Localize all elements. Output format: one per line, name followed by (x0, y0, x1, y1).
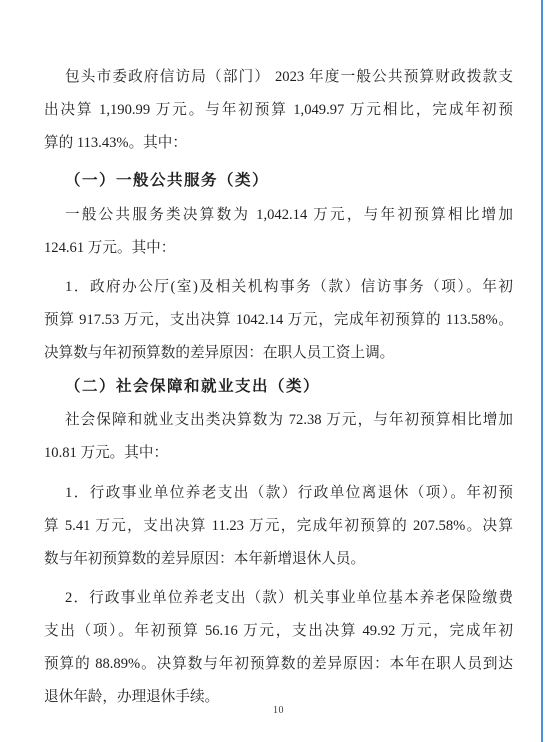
text-line: 数与年初预算数的差异原因：本年新增退休人员。 (44, 543, 513, 576)
document-page: 包头市委政府信访局（部门） 2023 年度一般公共预算财政拨款支 出决算 1,1… (0, 0, 551, 742)
page-edge-line (541, 0, 543, 742)
page-number: 10 (44, 705, 513, 716)
text-line: 124.61 万元。其中： (44, 232, 513, 265)
text-line: 出决算 1,190.99 万元。与年初预算 1,049.97 万元相比，完成年初… (44, 94, 513, 127)
paragraph-petition-affairs-item: 1．政府办公厅(室)及相关机构事务（款）信访事务（项）。年初 预算 917.53… (44, 271, 513, 370)
text-line: 包头市委政府信访局（部门） 2023 年度一般公共预算财政拨款支 (44, 61, 513, 94)
text-line: 算的 113.43%。其中： (44, 127, 513, 160)
text-line: 决算数与年初预算数的差异原因：在职人员工资上调。 (44, 337, 513, 370)
paragraph-social-security-total: 社会保障和就业支出类决算数为 72.38 万元，与年初预算相比增加 10.81 … (44, 404, 513, 470)
paragraph-budget-summary: 包头市委政府信访局（部门） 2023 年度一般公共预算财政拨款支 出决算 1,1… (44, 61, 513, 160)
text-line: 预算的 88.89%。决算数与年初预算数的差异原因：本年在职人员到达 (44, 648, 513, 681)
text-line: 社会保障和就业支出类决算数为 72.38 万元，与年初预算相比增加 (44, 404, 513, 437)
text-line: 预算 917.53 万元，支出决算 1042.14 万元，完成年初预算的 113… (44, 304, 513, 337)
text-line: 一般公共服务类决算数为 1,042.14 万元，与年初预算相比增加 (44, 199, 513, 232)
text-line: 支出（项）。年初预算 56.16 万元，支出决算 49.92 万元，完成年初 (44, 615, 513, 648)
document-body: 包头市委政府信访局（部门） 2023 年度一般公共预算财政拨款支 出决算 1,1… (44, 61, 513, 714)
text-line: 算 5.41 万元，支出决算 11.23 万元，完成年初预算的 207.58%。… (44, 510, 513, 543)
section-heading-general-public-services: （一）一般公共服务（类） (44, 164, 513, 197)
paragraph-pension-insurance-item: 2．行政事业单位养老支出（款）机关事业单位基本养老保险缴费 支出（项）。年初预算… (44, 582, 513, 714)
paragraph-retirement-item: 1．行政事业单位养老支出（款）行政单位离退休（项）。年初预 算 5.41 万元，… (44, 477, 513, 576)
paragraph-general-public-services-total: 一般公共服务类决算数为 1,042.14 万元，与年初预算相比增加 124.61… (44, 199, 513, 265)
section-heading-social-security-employment: （二）社会保障和就业支出（类） (44, 370, 513, 403)
text-line: 10.81 万元。其中： (44, 437, 513, 470)
text-line: 1．政府办公厅(室)及相关机构事务（款）信访事务（项）。年初 (44, 271, 513, 304)
text-line: 1．行政事业单位养老支出（款）行政单位离退休（项）。年初预 (44, 477, 513, 510)
text-line: 2．行政事业单位养老支出（款）机关事业单位基本养老保险缴费 (44, 582, 513, 615)
